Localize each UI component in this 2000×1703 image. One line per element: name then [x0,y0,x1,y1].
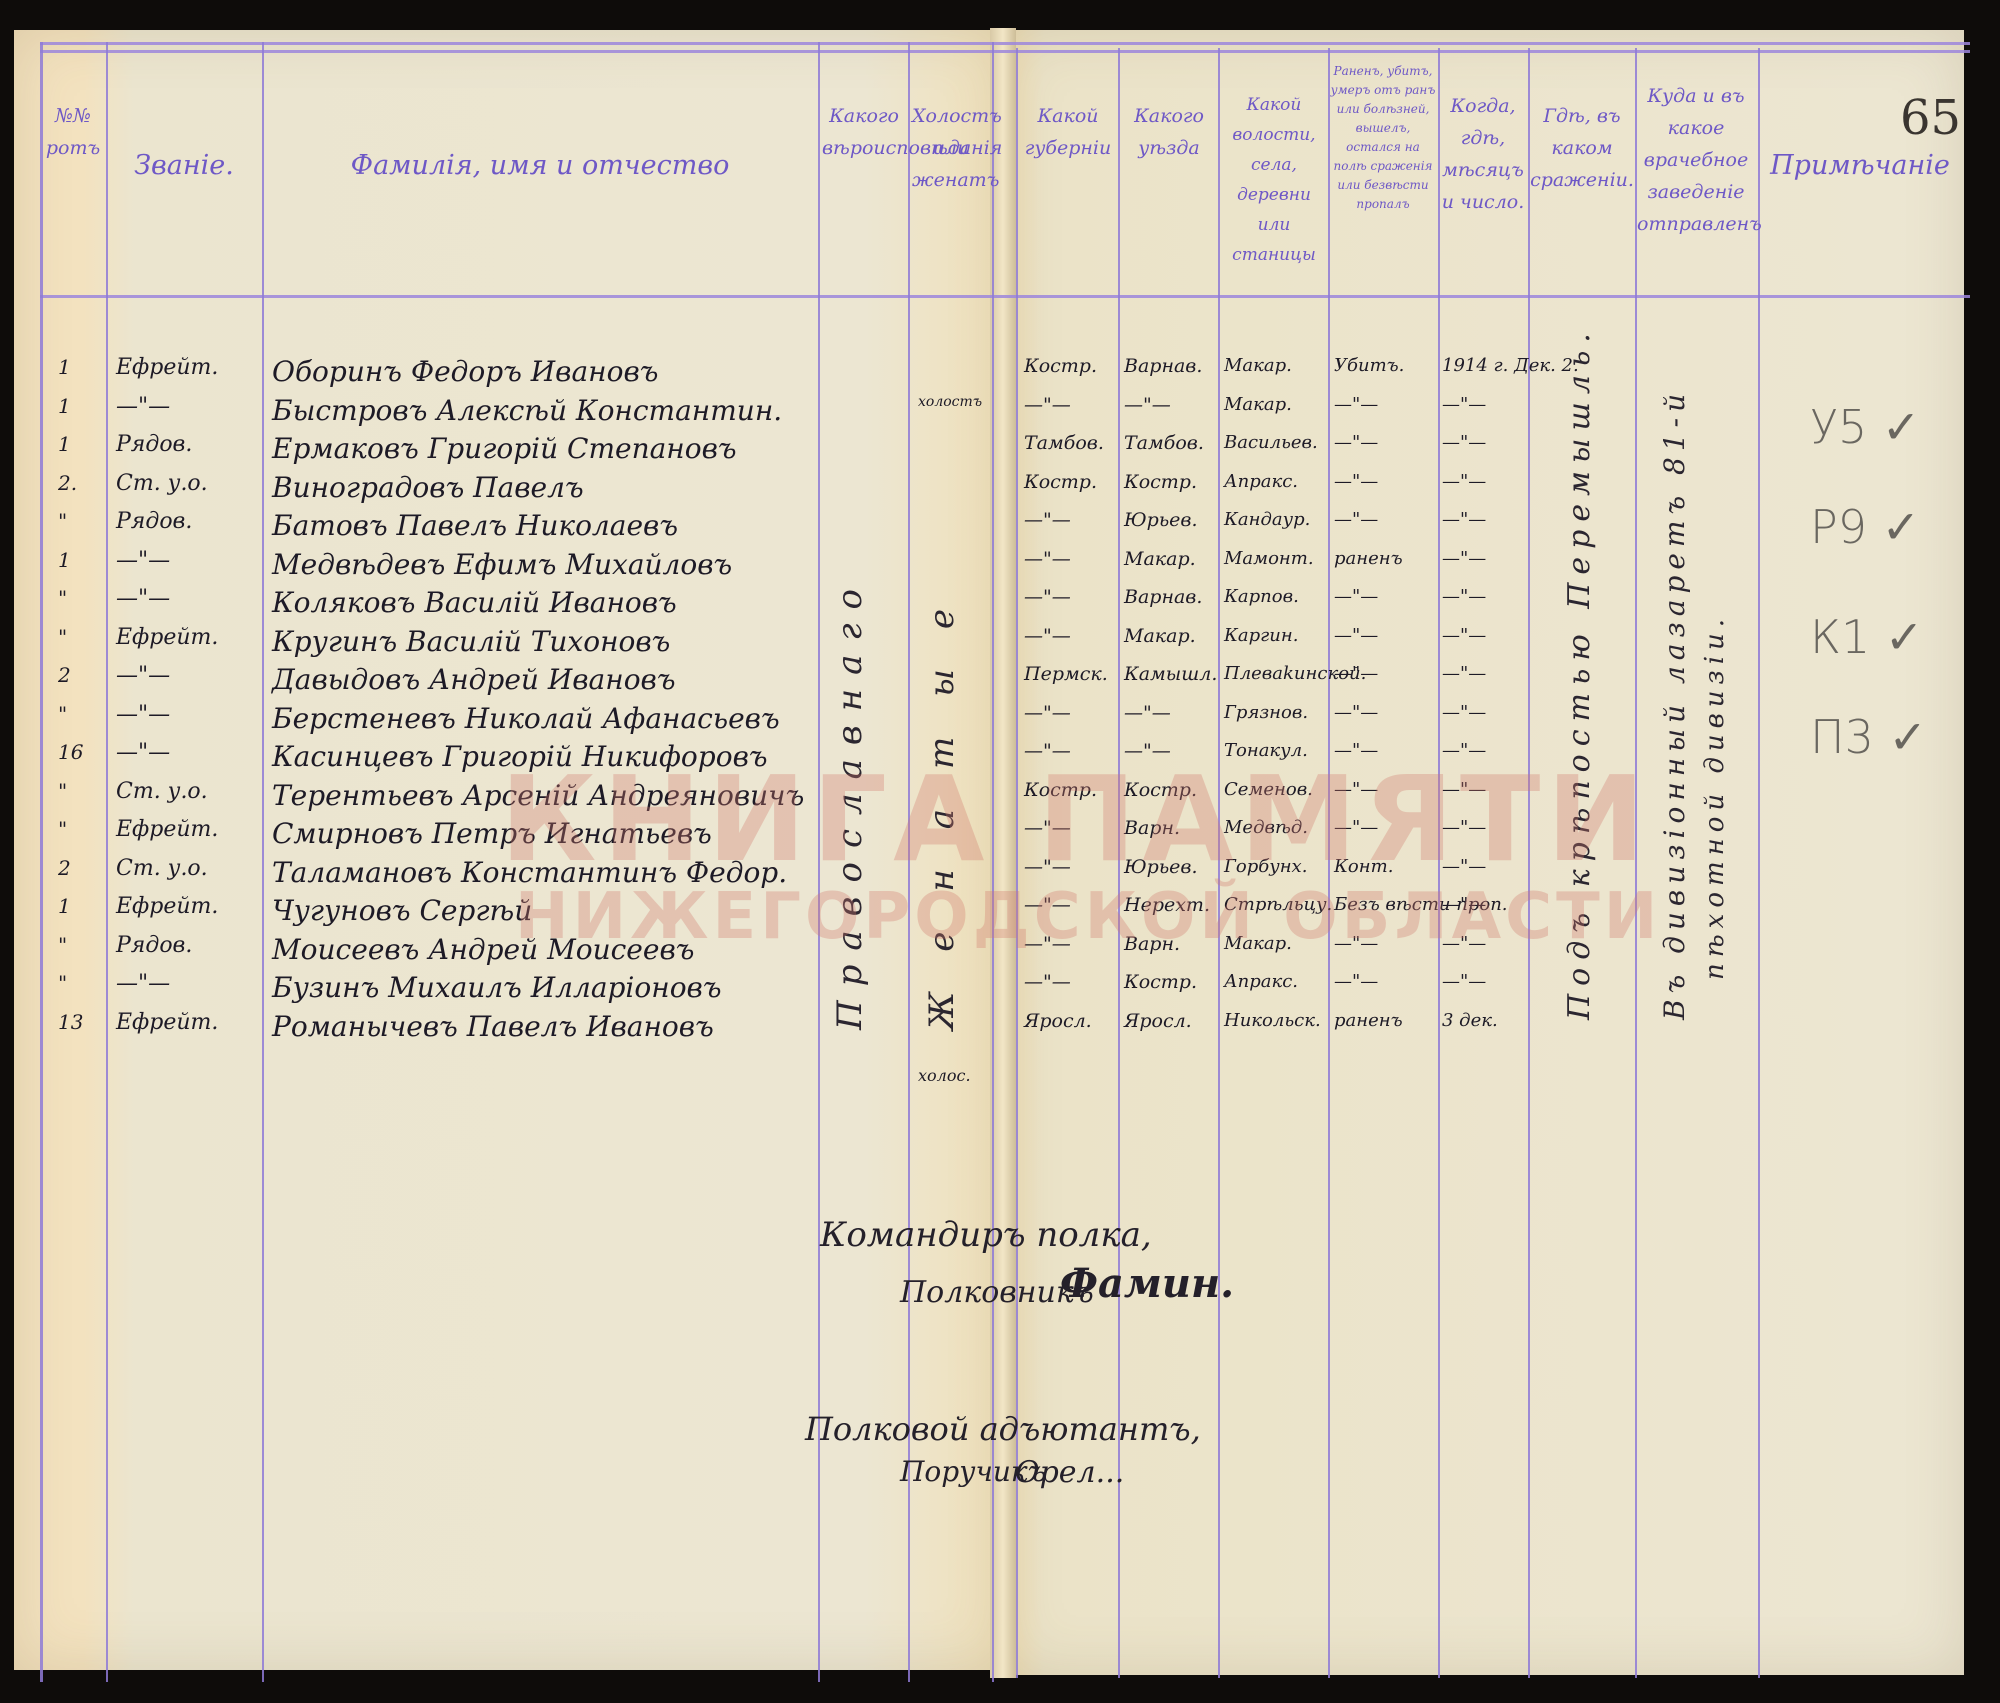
rank: Рядов. [116,509,192,534]
casualty-status: —"— [1334,471,1378,492]
casualty-status: —"— [1334,779,1378,800]
district: Нерехт. [1124,894,1210,916]
soldier-name: Смирновъ Петръ Игнатьевъ [272,817,712,850]
soldier-name: Давыдовъ Андрей Ивановъ [272,663,676,696]
header-volost: Какой волости, села, деревни или станицы [1222,90,1326,270]
province: —"— [1024,740,1071,762]
pencil-note: Р9 ✓ [1810,500,1920,554]
casualty-status: —"— [1334,971,1378,992]
rank: —"— [116,548,170,573]
company-number: " [58,509,67,533]
company-number: " [58,817,67,841]
header-company: №№ ротъ [42,100,104,164]
volost: Горбунх. [1224,856,1307,877]
volost: Медвѣд. [1224,817,1308,838]
district: Варн. [1124,933,1180,955]
casualty-date: —"— [1442,509,1486,530]
soldier-name: Бузинъ Михаилъ Илларiоновъ [272,971,722,1004]
casualty-status: —"— [1334,432,1378,453]
company-number: " [58,933,67,957]
header-date: Когда, гдѣ, мѣсяцъ и число. [1440,90,1526,218]
rank: —"— [116,740,170,765]
casualty-date: —"— [1442,817,1486,838]
soldier-name: Романычевъ Павелъ Ивановъ [272,1010,714,1043]
province: —"— [1024,894,1071,916]
company-number: 2 [58,663,71,687]
volost: Макар. [1224,394,1292,415]
volost: Васильев. [1224,432,1318,453]
rank: —"— [116,663,170,688]
rank: Ефрейт. [116,817,218,842]
casualty-status: Конт. [1334,856,1393,877]
column-divider [1528,48,1530,1678]
casualty-status: раненъ [1334,548,1403,569]
rank: Ст. у.о. [116,779,208,804]
province: —"— [1024,586,1071,608]
soldier-name: Оборинъ Федоръ Ивановъ [272,355,658,388]
header-religion: Какого вѣроисповѣданiя [822,100,906,164]
rank: —"— [116,586,170,611]
casualty-date: 1914 г. Дек. 2. [1442,355,1579,376]
pencil-note: У5 ✓ [1810,400,1920,454]
volost: Стрѣльцу. [1224,894,1332,915]
soldier-name: Моисеевъ Андрей Моисеевъ [272,933,694,966]
hospital-span-text-1: Въ дивизiонный лазаретъ 81-й [1658,460,1691,1020]
casualty-date: —"— [1442,779,1486,800]
volost: Грязнов. [1224,702,1308,723]
province: Яросл. [1024,1010,1092,1032]
volost: Апракс. [1224,471,1298,492]
district: Варн. [1124,817,1180,839]
casualty-status: —"— [1334,509,1378,530]
casualty-date: —"— [1442,394,1486,415]
rank: Ефрейт. [116,625,218,650]
hospital-span-text-2: пѣхотной дивизiи. [1700,560,1730,980]
casualty-status: —"— [1334,586,1378,607]
province: Тамбов. [1024,432,1104,454]
soldier-name: Медвѣдевъ Ефимъ Михайловъ [272,548,732,581]
rank: —"— [116,971,170,996]
adjutant-signature: Орел... [1015,1455,1124,1490]
rank: Рядов. [116,933,192,958]
column-divider [1438,48,1440,1678]
company-number: " [58,625,67,649]
casualty-status: —"— [1334,817,1378,838]
casualty-status: —"— [1334,702,1378,723]
page-number: 65 [1900,90,1961,146]
province: Пермск. [1024,663,1108,685]
volost: Кандаур. [1224,509,1310,530]
header-hospital: Куда и въ какое врачебное заведенiе отпр… [1637,80,1755,240]
casualty-date: 3 дек. [1442,1010,1498,1031]
soldier-name: Касинцевъ Григорiй Никифоровъ [272,740,768,773]
district: Макар. [1124,548,1196,570]
marital-bottom-text: холос. [918,1066,971,1085]
province: —"— [1024,625,1071,647]
province: —"— [1024,548,1071,570]
column-divider [106,42,108,1682]
header-province: Какой губернiи [1020,100,1116,164]
district: Костр. [1124,471,1197,493]
pencil-note: К1 ✓ [1810,610,1923,664]
province: —"— [1024,971,1071,993]
battle-span-text: Подъ крѣпостью Перемышль. [1562,340,1597,1020]
header-battle: Гдѣ, въ каком сраженiи. [1530,100,1634,196]
district: —"— [1124,740,1171,762]
top-border-line [40,42,1970,45]
province: —"— [1024,933,1071,955]
commander-signature: Фамин. [1060,1260,1234,1307]
column-divider [40,42,43,1682]
adjutant-title: Полковой адъютантъ, [805,1410,1201,1448]
casualty-status: раненъ [1334,1010,1403,1031]
district: Юрьев. [1124,509,1198,531]
header-status: Раненъ, убитъ, умеръ отъ ранъ или болѣзн… [1330,62,1436,214]
casualty-status: —"— [1334,663,1378,684]
casualty-date: —"— [1442,933,1486,954]
religion-span-text: Православнаго [830,390,870,1030]
soldier-name: Ермаковъ Григорiй Степановъ [272,432,737,465]
casualty-date: —"— [1442,663,1486,684]
province: —"— [1024,394,1071,416]
pencil-note: П3 ✓ [1810,710,1927,764]
column-divider [1328,48,1330,1678]
district: Варнав. [1124,586,1202,608]
casualty-date: —"— [1442,856,1486,877]
marital-span-text: Женатые [922,400,962,1030]
province: Костр. [1024,779,1097,801]
district: Камышл. [1124,663,1217,685]
column-divider [1635,48,1637,1678]
soldier-name: Батовъ Павелъ Николаевъ [272,509,678,542]
header-notes: Примѣчанiе [1760,150,1960,182]
soldier-name: Быстровъ Алексѣй Константин. [272,394,782,427]
column-divider [262,42,264,1682]
casualty-status: Убитъ. [1334,355,1404,376]
company-number: 2 [58,856,71,880]
rank: Ефрейт. [116,355,218,380]
casualty-status: —"— [1334,933,1378,954]
company-number: " [58,779,67,803]
volost: Семенов. [1224,779,1313,800]
volost: Апракс. [1224,971,1298,992]
casualty-date: —"— [1442,971,1486,992]
district: Варнав. [1124,355,1202,377]
casualty-date: —"— [1442,471,1486,492]
rank: Ст. у.о. [116,471,208,496]
header-district: Какого уѣзда [1122,100,1216,164]
company-number: 13 [58,1010,83,1034]
volost: Никольск. [1224,1010,1321,1031]
district: Макар. [1124,625,1196,647]
casualty-date: —"— [1442,548,1486,569]
company-number: 1 [58,432,71,456]
casualty-date: —"— [1442,740,1486,761]
volost: Каргин. [1224,625,1298,646]
province: —"— [1024,702,1071,724]
volost: Карпов. [1224,586,1299,607]
volost: Тонакул. [1224,740,1308,761]
header-bottom-line [40,295,1970,298]
casualty-date: —"— [1442,432,1486,453]
province: —"— [1024,509,1071,531]
district: Яросл. [1124,1010,1192,1032]
company-number: " [58,586,67,610]
district: —"— [1124,394,1171,416]
district: Костр. [1124,971,1197,993]
casualty-date: —"— [1442,894,1486,915]
soldier-name: Берстеневъ Николай Афанасьевъ [272,702,780,735]
header-marital: Холостъ или женатъ [912,100,990,196]
company-number: 2. [58,471,77,495]
company-number: " [58,702,67,726]
rank: Ефрейт. [116,894,218,919]
district: Юрьев. [1124,856,1198,878]
casualty-date: —"— [1442,586,1486,607]
volost: Макар. [1224,355,1292,376]
commander-title: Командиръ полка, [820,1215,1152,1255]
header-name: Фамилiя, имя и отчество [264,150,816,182]
province: Костр. [1024,355,1097,377]
rank: —"— [116,702,170,727]
rank: Рядов. [116,432,192,457]
casualty-status: —"— [1334,740,1378,761]
column-divider [1218,48,1220,1678]
header-rank: Званiе. [108,150,260,182]
company-number: " [58,971,67,995]
rank: Ефрейт. [116,1010,218,1035]
volost: Макар. [1224,933,1292,954]
company-number: 1 [58,894,71,918]
soldier-name: Виноградовъ Павелъ [272,471,584,504]
province: —"— [1024,856,1071,878]
province: —"— [1024,817,1071,839]
soldier-name: Терентьевъ Арсенiй Андреяновичъ [272,779,804,812]
casualty-status: —"— [1334,394,1378,415]
district: Тамбов. [1124,432,1204,454]
company-number: 1 [58,394,71,418]
volost: Мамонт. [1224,548,1314,569]
company-number: 1 [58,548,71,572]
soldier-name: Кругинъ Василiй Тихоновъ [272,625,670,658]
rank: —"— [116,394,170,419]
casualty-date: —"— [1442,625,1486,646]
province: Костр. [1024,471,1097,493]
company-number: 16 [58,740,83,764]
top-border-line-inner [40,50,1970,53]
rank: Ст. у.о. [116,856,208,881]
casualty-status: —"— [1334,625,1378,646]
district: —"— [1124,702,1171,724]
column-divider [1758,48,1760,1678]
company-number: 1 [58,355,71,379]
soldier-name: Таламановъ Константинъ Федор. [272,856,787,889]
soldier-name: Коляковъ Василiй Ивановъ [272,586,677,619]
casualty-date: —"— [1442,702,1486,723]
soldier-name: Чугуновъ Сергѣй [272,894,532,927]
district: Костр. [1124,779,1197,801]
